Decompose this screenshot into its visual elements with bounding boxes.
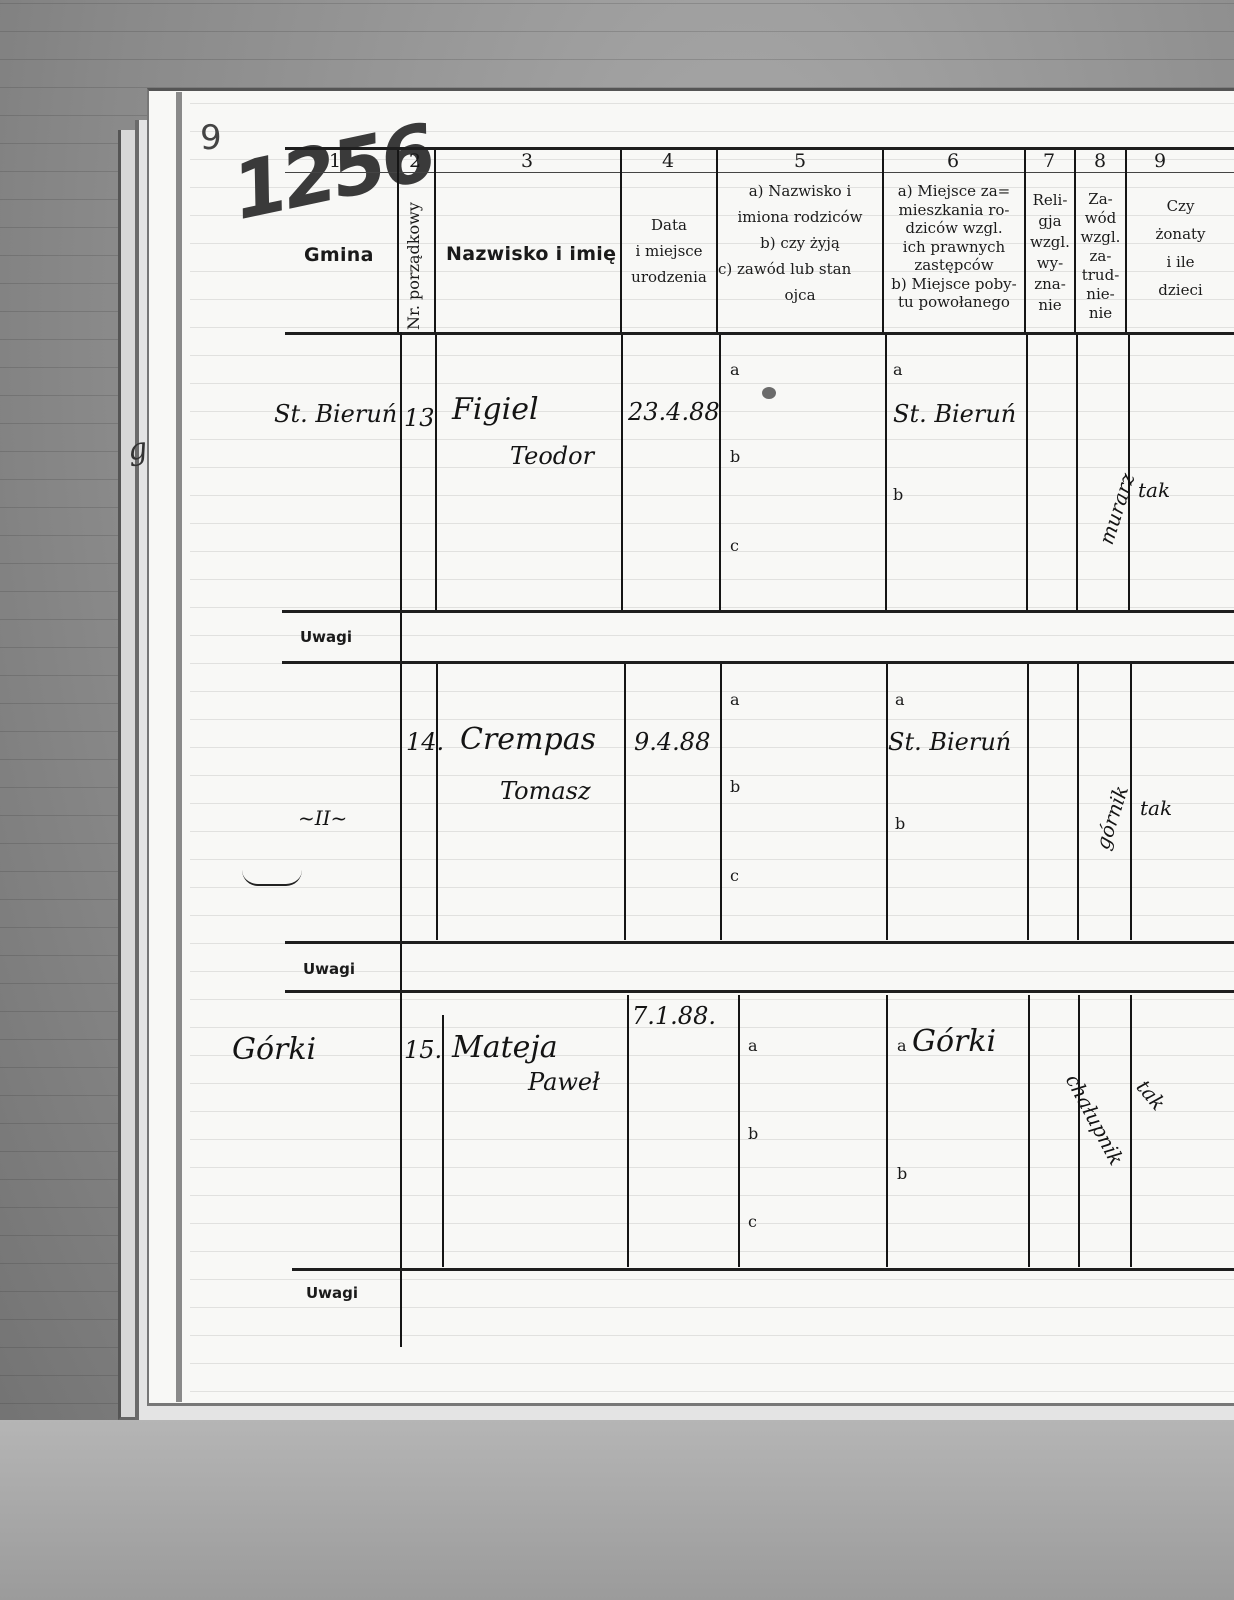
column-number-4: 4	[648, 150, 688, 172]
header-line: zastępców	[884, 256, 1024, 275]
r3-col5-a: a	[748, 1036, 758, 1055]
r2-col5-a: a	[730, 690, 740, 709]
scan-background-lower	[0, 1420, 1234, 1600]
header-rodzice: a) Nazwisko i imiona rodziców b) czy żyj…	[718, 178, 882, 308]
r3-divider-3	[442, 1015, 444, 1267]
r2-divider-4	[624, 664, 626, 940]
header-line: Za-	[1076, 190, 1125, 209]
header-line: wzgl.	[1076, 228, 1125, 247]
r3-divider-5	[738, 995, 740, 1267]
column-number-6: 6	[933, 150, 973, 172]
col-divider-2	[434, 150, 436, 332]
remarks-label-1: Uwagi	[300, 628, 352, 646]
pencil-squiggle	[242, 870, 302, 886]
r1-surname: Figiel	[452, 392, 539, 427]
header-data-urodzenia: Data i miejsce urodzenia	[622, 212, 716, 290]
header-line: nie-	[1076, 285, 1125, 304]
r3-divider-8	[1078, 995, 1080, 1267]
header-gmina: Gmina	[304, 244, 374, 266]
r2-divider-5	[720, 664, 722, 940]
r3-divider-9	[1130, 995, 1132, 1267]
r3-divider-4	[627, 995, 629, 1267]
header-line: wy-	[1026, 253, 1074, 274]
header-line: ich prawnych	[884, 238, 1024, 257]
col-divider-1	[397, 150, 399, 332]
r2-col6-a: a	[895, 690, 905, 709]
r1-col5-a: a	[730, 360, 740, 379]
column-number-7: 7	[1029, 150, 1069, 172]
header-line: b) czy żyją	[718, 230, 882, 256]
header-line: imiona rodziców	[718, 204, 882, 230]
r2-divider-6	[886, 664, 888, 940]
r1-divider-7	[1026, 335, 1028, 610]
header-line: tu powołanego	[884, 293, 1024, 312]
column-number-9: 9	[1140, 150, 1180, 172]
header-line: nie	[1076, 304, 1125, 323]
header-line: za-	[1076, 247, 1125, 266]
column-number-1: 1	[315, 150, 355, 172]
header-line: nie	[1026, 295, 1074, 316]
r2-nr: 14.	[406, 728, 444, 756]
header-line: urodzenia	[622, 264, 716, 290]
r2-col5-b: b	[730, 777, 740, 796]
header-bottom-rule	[285, 332, 1234, 335]
r3-col5-b: b	[748, 1124, 758, 1143]
header-nr-porzadkowy: Nr. porządkowy	[404, 202, 423, 330]
r3-birth-date: 7.1.88.	[632, 1002, 716, 1030]
remarks-label-2: Uwagi	[303, 960, 355, 978]
r3-bottom-rule	[292, 1268, 1234, 1271]
header-line: b) Miejsce poby-	[884, 275, 1024, 294]
r2-col6-b: b	[895, 814, 905, 833]
column-number-8: 8	[1080, 150, 1120, 172]
header-zawod: Za- wód wzgl. za- trud- nie- nie	[1076, 190, 1125, 323]
r2-given-name: Tomasz	[500, 777, 591, 805]
column-number-rule	[285, 172, 1234, 173]
header-line: a) Miejsce za=	[884, 182, 1024, 201]
r1-divider-4	[621, 335, 623, 610]
header-miejsce-zamieszkania: a) Miejsce za= mieszkania ro- dziców wzg…	[884, 182, 1024, 312]
page-mark: 9	[200, 118, 222, 158]
header-line: Czy	[1127, 192, 1234, 220]
sheet-fold-edge	[176, 92, 186, 1402]
r3-divider-6	[886, 995, 888, 1267]
header-line: dzieci	[1127, 276, 1234, 304]
remarks-2-bottom-rule	[285, 990, 1234, 993]
header-line: a) Nazwisko i	[718, 178, 882, 204]
remarks-1-bottom-rule	[282, 661, 1234, 664]
header-line: c) zawód lub stan	[718, 256, 882, 282]
r3-gmina: Górki	[232, 1032, 316, 1067]
header-line: Reli-	[1026, 190, 1074, 211]
r2-bottom-rule	[285, 941, 1234, 944]
header-nazwisko-i-imie: Nazwisko i imię	[446, 243, 616, 265]
r1-gmina: St. Bieruń	[274, 400, 397, 428]
r1-nr: 13	[404, 404, 435, 432]
r3-col6-a: a	[897, 1036, 907, 1055]
r3-col5-c: c	[748, 1212, 757, 1231]
r1-col6-b: b	[893, 485, 903, 504]
r1-given-name: Teodor	[510, 442, 594, 470]
r3-col6-b: b	[897, 1164, 907, 1183]
header-line: gja	[1026, 211, 1074, 232]
header-line: żonaty	[1127, 220, 1234, 248]
r1-parents-residence: St. Bieruń	[893, 400, 1016, 428]
ink-smudge	[762, 387, 776, 399]
header-line: Data	[622, 212, 716, 238]
r3-given-name: Paweł	[528, 1068, 600, 1096]
r1-divider-8	[1076, 335, 1078, 610]
r1-col5-c: c	[730, 536, 739, 555]
r3-divider-7	[1028, 995, 1030, 1267]
r1-divider-6	[885, 335, 887, 610]
r1-birth-date: 23.4.88	[628, 398, 720, 426]
remarks-label-3: Uwagi	[306, 1284, 358, 1302]
r1-bottom-rule	[282, 610, 1234, 613]
r2-parents-residence: St. Bieruń	[888, 728, 1011, 756]
header-religia: Reli- gja wzgl. wy- zna- nie	[1026, 190, 1074, 316]
header-line: i ile	[1127, 248, 1234, 276]
header-line: trud-	[1076, 266, 1125, 285]
r2-divider-7	[1027, 664, 1029, 940]
header-line: dziców wzgl.	[884, 219, 1024, 238]
header-line: zna-	[1026, 274, 1074, 295]
gmina-divider-full	[400, 332, 402, 1347]
r3-parents-residence: Górki	[912, 1024, 996, 1059]
r2-divider-3	[436, 664, 438, 940]
r1-col6-a: a	[893, 360, 903, 379]
header-line: wzgl.	[1026, 232, 1074, 253]
column-number-5: 5	[780, 150, 820, 172]
r1-col5-b: b	[730, 447, 740, 466]
r2-divider-8	[1077, 664, 1079, 940]
r3-nr: 15.	[404, 1036, 442, 1064]
header-zonaty: Czy żonaty i ile dzieci	[1127, 192, 1234, 304]
r2-divider-9	[1130, 664, 1132, 940]
r1-married: tak	[1138, 478, 1170, 502]
r1-divider-3	[435, 335, 437, 610]
header-line: i miejsce	[622, 238, 716, 264]
r2-married: tak	[1140, 796, 1172, 820]
r2-surname: Crempas	[460, 722, 596, 757]
r1-divider-5	[719, 335, 721, 610]
column-number-2: 2	[395, 150, 435, 172]
column-number-3: 3	[507, 150, 547, 172]
header-line: ojca	[718, 282, 882, 308]
header-line: wód	[1076, 209, 1125, 228]
header-line: mieszkania ro-	[884, 201, 1024, 220]
r2-gmina-ditto: ~II~	[298, 806, 347, 830]
r3-surname: Mateja	[452, 1030, 558, 1065]
r1-divider-9	[1128, 335, 1130, 610]
r2-birth-date: 9.4.88	[634, 728, 710, 756]
r2-col5-c: c	[730, 866, 739, 885]
